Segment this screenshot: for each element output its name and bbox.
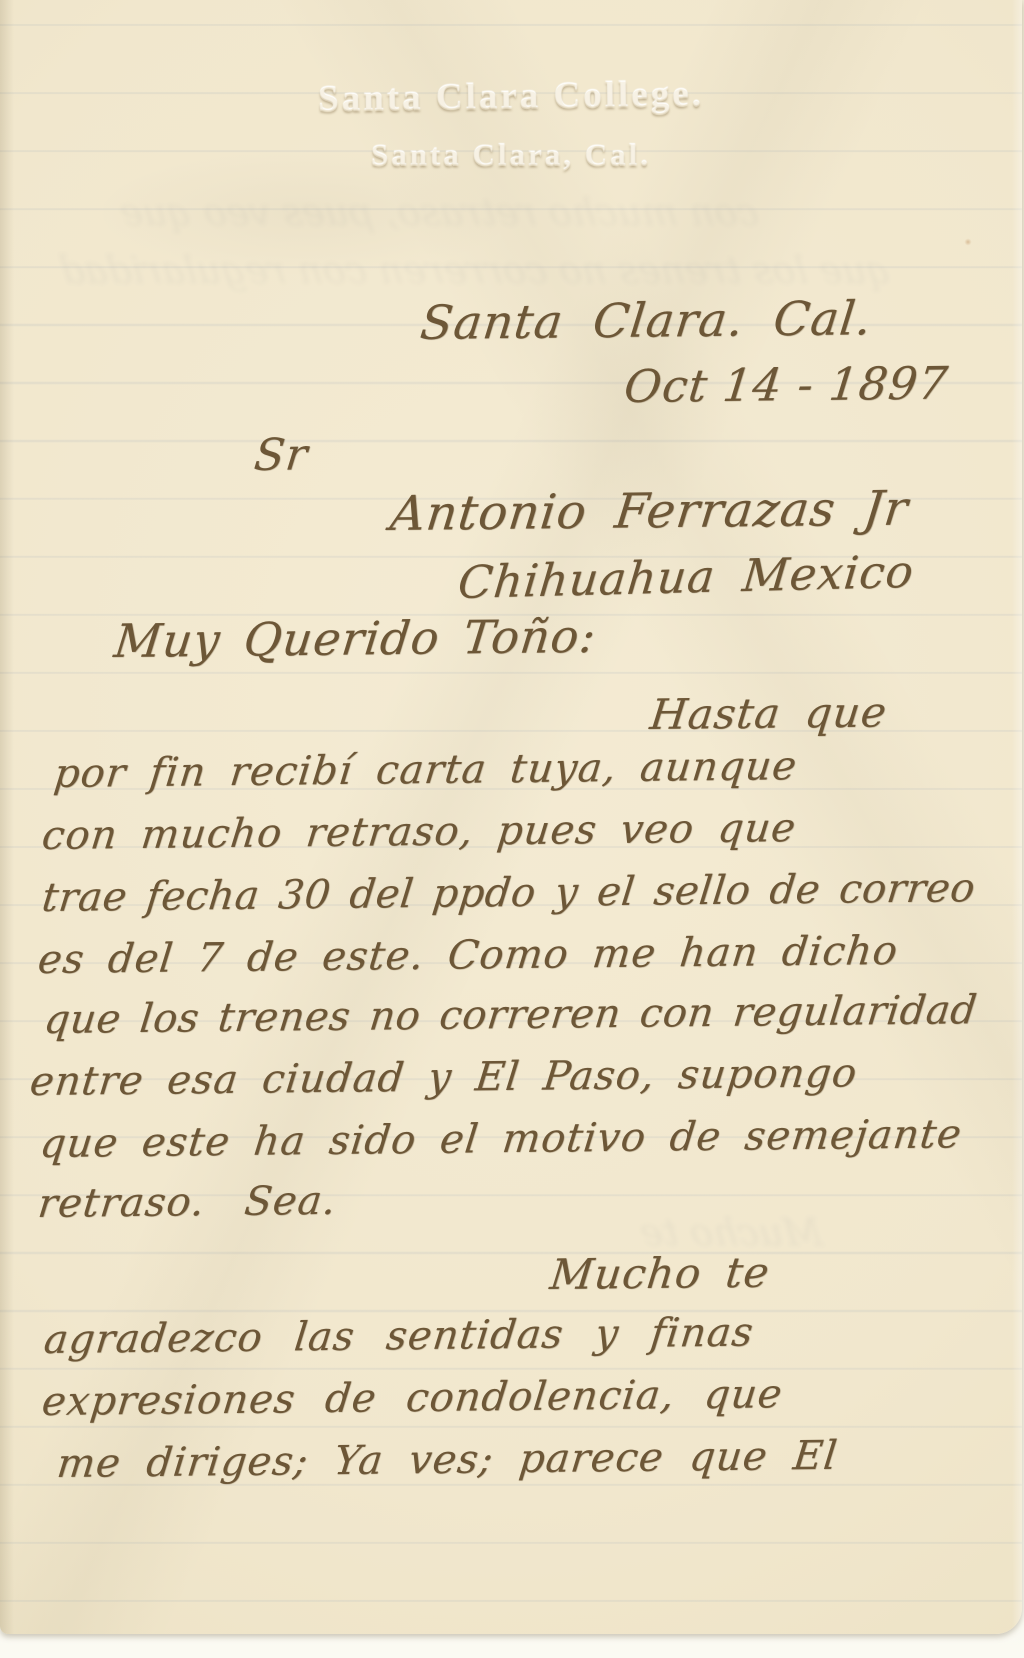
recipient-prefix: Sr	[252, 433, 310, 478]
body-line: entre esa ciudad y El Paso, supongo	[28, 1053, 859, 1102]
body-line: por fin recibí carta tuya, aunque	[52, 746, 799, 794]
letterhead-college-name: Santa Clara College.	[0, 69, 1022, 126]
body-line: me diriges; Ya ves; parece que El	[55, 1436, 840, 1484]
letter-page: Santa Clara College. Santa Clara, Cal. c…	[0, 0, 1022, 1634]
body-line: retraso. Sea.	[36, 1181, 339, 1224]
dateline-place: Santa Clara. Cal.	[418, 295, 875, 347]
greeting-line: Muy Querido Toño:	[112, 613, 599, 664]
recipient-name: Antonio Ferrazas Jr	[388, 485, 911, 538]
body-line: con mucho retraso, pues veo que	[40, 808, 798, 856]
body-line: Hasta que	[648, 692, 889, 736]
body-line: expresiones de condolencia, que	[40, 1374, 785, 1422]
dateline-date: Oct 14 - 1897	[622, 361, 951, 409]
body-line: que los trenes no correren con regularid…	[42, 990, 979, 1040]
recipient-location: Chihuahua Mexico	[456, 549, 916, 605]
ink-show-through: con mucho retraso, pues veo que	[117, 190, 761, 234]
body-line: trae fecha 30 del ppdo y el sello de cor…	[40, 868, 977, 918]
letter-scan: Santa Clara College. Santa Clara, Cal. c…	[0, 0, 1024, 1658]
body-line: agradezco las sentidas y finas	[42, 1313, 756, 1360]
body-line: es del 7 de este. Como me han dicho	[36, 931, 900, 980]
ink-show-through: que los trenes no correren con regularid…	[57, 248, 893, 292]
body-line: que este ha sido el motivo de semejante	[38, 1114, 964, 1164]
letterhead-city: Santa Clara, Cal.	[0, 138, 1022, 174]
body-line: Mucho te	[548, 1252, 772, 1296]
